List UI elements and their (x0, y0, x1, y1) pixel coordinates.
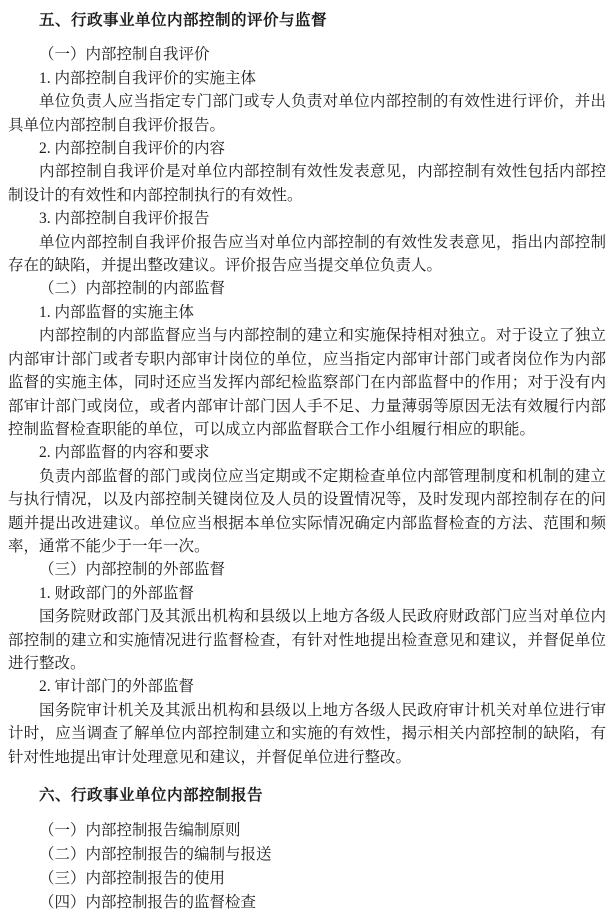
numbered-item-title: 2. 内部控制自我评价的内容 (8, 137, 606, 160)
numbered-item-title: 3. 内部控制自我评价报告 (8, 207, 606, 230)
numbered-item-title: 1. 内部控制自我评价的实施主体 (8, 67, 606, 90)
body-paragraph: 国务院审计机关及其派出机构和县级以上地方各级人民政府审计机关对单位进行审计时，应… (8, 699, 606, 769)
section-internal-control-report: 六、行政事业单位内部控制报告 （一）内部控制报告编制原则 （二）内部控制报告的编… (8, 784, 606, 915)
body-paragraph: 负责内部监督的部门或岗位应当定期或不定期检查单位内部管理制度和机制的建立与执行情… (8, 465, 606, 559)
numbered-item-title: 1. 财政部门的外部监督 (8, 582, 606, 605)
body-paragraph: 单位内部控制自我评价报告应当对单位内部控制的有效性发表意见，指出内部控制存在的缺… (8, 231, 606, 278)
section-evaluation-supervision: 五、行政事业单位内部控制的评价与监督 （一）内部控制自我评价 1. 内部控制自我… (8, 9, 606, 769)
subsection-title: （三）内部控制的外部监督 (8, 558, 606, 581)
body-paragraph: 内部控制的内部监督应当与内部控制的建立和实施保持相对独立。对于设立了独立内部审计… (8, 324, 606, 441)
document-page: 五、行政事业单位内部控制的评价与监督 （一）内部控制自我评价 1. 内部控制自我… (0, 0, 613, 921)
body-paragraph: 国务院财政部门及其派出机构和县级以上地方各级人民政府财政部门应当对单位内部控制的… (8, 605, 606, 675)
numbered-item-title: 1. 内部监督的实施主体 (8, 301, 606, 324)
section-heading: 六、行政事业单位内部控制报告 (8, 784, 606, 807)
numbered-item-title: 2. 内部监督的内容和要求 (8, 441, 606, 464)
numbered-item-title: 2. 审计部门的外部监督 (8, 675, 606, 698)
body-paragraph: 内部控制自我评价是对单位内部控制有效性发表意见，内部控制有效性包括内部控制设计的… (8, 160, 606, 207)
section-heading: 五、行政事业单位内部控制的评价与监督 (8, 9, 606, 32)
subsection-title: （三）内部控制报告的使用 (8, 867, 606, 891)
subsection-title: （四）内部控制报告的监督检查 (8, 891, 606, 915)
subsection-title: （一）内部控制自我评价 (8, 43, 606, 66)
body-paragraph: 单位负责人应当指定专门部门或专人负责对单位内部控制的有效性进行评价，并出具单位内… (8, 90, 606, 137)
subsection-title: （一）内部控制报告编制原则 (8, 819, 606, 843)
subsection-title: （二）内部控制的内部监督 (8, 277, 606, 300)
subsection-title: （二）内部控制报告的编制与报送 (8, 843, 606, 867)
